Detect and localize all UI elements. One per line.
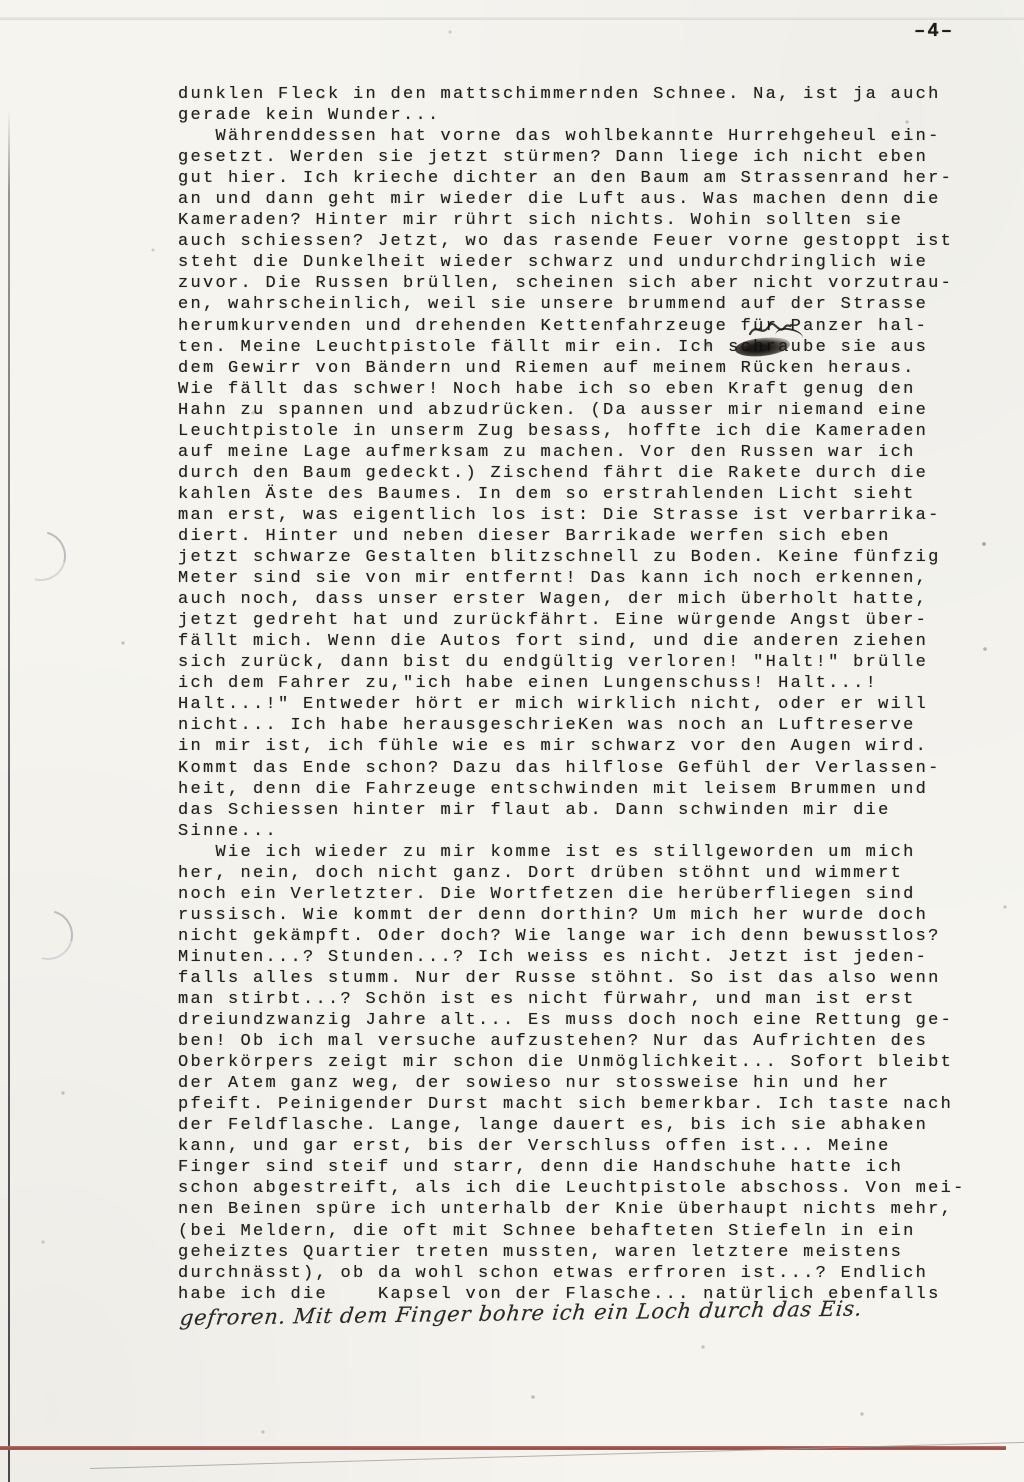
text-line: in mir ist, ich fühle wie es mir schwarz…: [178, 736, 996, 757]
hole-punch-bottom: [14, 901, 82, 969]
paper-speckles: [0, 0, 2, 2]
text-line: jetzt schwarze Gestalten blitzschnell zu…: [178, 547, 996, 568]
text-line: ben! Ob ich mal versuche aufzustehen? Nu…: [178, 1031, 996, 1052]
text-line: durchnässt), ob da wohl schon etwas erfr…: [178, 1263, 996, 1284]
scanned-page: –4– dunklen Fleck in den mattschimmernde…: [0, 0, 1024, 1482]
text-line: ten. Meine Leuchtpistole fällt mir ein. …: [178, 337, 996, 358]
text-line: Währenddessen hat vorne das wohlbekannte…: [178, 126, 996, 147]
text-line: dunklen Fleck in den mattschimmernden Sc…: [178, 84, 996, 105]
text-line: russisch. Wie kommt der denn dorthin? Um…: [178, 905, 996, 926]
text-line: her, nein, doch nicht ganz. Dort drüben …: [178, 863, 996, 884]
text-line: jetzt gedreht hat und zurückfährt. Eine …: [178, 610, 996, 631]
text-line: auch noch, dass unser erster Wagen, der …: [178, 589, 996, 610]
pen-squiggle-mark: [748, 318, 792, 342]
scan-edge-left: [8, 110, 10, 1482]
text-line: gut hier. Ich krieche dichter an den Bau…: [178, 168, 996, 189]
text-line: Wie ich wieder zu mir komme ist es still…: [178, 842, 996, 863]
text-line: Kameraden? Hinter mir rührt sich nichts.…: [178, 210, 996, 231]
text-line: Oberkörpers zeigt mir schon die Unmöglic…: [178, 1052, 996, 1073]
text-line: diert. Hinter und neben dieser Barrikade…: [178, 526, 996, 547]
text-line: falls alles stumm. Nur der Russe stöhnt.…: [178, 968, 996, 989]
text-line: kann, und gar erst, bis der Verschluss o…: [178, 1136, 996, 1157]
text-line: der Atem ganz weg, der sowieso nur stoss…: [178, 1073, 996, 1094]
text-line: auch schiessen? Jetzt, wo das rasende Fe…: [178, 231, 996, 252]
text-line: der Feldflasche. Lange, lange dauert es,…: [178, 1115, 996, 1136]
text-line: gerade kein Wunder...: [178, 105, 996, 126]
page-number: –4–: [914, 20, 954, 42]
typed-text-block: dunklen Fleck in den mattschimmernden Sc…: [178, 84, 996, 1305]
text-line: dem Gewirr von Bändern und Riemen auf me…: [178, 358, 996, 379]
text-line: (bei Meldern, die oft mit Schnee behafte…: [178, 1221, 996, 1242]
text-line: noch ein Verletzter. Die Wortfetzen die …: [178, 884, 996, 905]
text-line: fällt mich. Wenn die Autos fort sind, un…: [178, 631, 996, 652]
text-line: en, wahrscheinlich, weil sie unsere brum…: [178, 294, 996, 315]
scan-edge-top: [0, 17, 1024, 20]
text-line: Wie fällt das schwer! Noch habe ich so e…: [178, 379, 996, 400]
text-line: Kommt das Ende schon? Dazu das hilflose …: [178, 758, 996, 779]
text-line: Minuten...? Stunden...? Ich weiss es nic…: [178, 947, 996, 968]
text-line: schon abgestreift, als ich die Leuchtpis…: [178, 1178, 996, 1199]
text-line: Hahn zu spannen und abzudrücken. (Da aus…: [178, 400, 996, 421]
text-line: sich zurück, dann bist du endgültig verl…: [178, 652, 996, 673]
text-line: heit, denn die Fahrzeuge entschwinden mi…: [178, 779, 996, 800]
text-line: Sinne...: [178, 821, 996, 842]
text-line: Halt...!" Entweder hört er mich wirklich…: [178, 694, 996, 715]
text-line: man stirbt...? Schön ist es nicht fürwah…: [178, 989, 996, 1010]
text-line: kahlen Äste des Baumes. In dem so erstra…: [178, 484, 996, 505]
text-line: nicht... Ich habe herausgeschrieKen was …: [178, 715, 996, 736]
text-line: zuvor. Die Russen brüllen, scheinen sich…: [178, 273, 996, 294]
text-line: dreiundzwanzig Jahre alt... Es muss doch…: [178, 1010, 996, 1031]
text-line: pfeift. Peinigender Durst macht sich bem…: [178, 1094, 996, 1115]
text-line: man erst, was eigentlich los ist: Die St…: [178, 505, 996, 526]
text-line: Leuchtpistole in unserm Zug besass, hoff…: [178, 421, 996, 442]
text-line: herumkurvenden und drehenden Kettenfahrz…: [178, 316, 996, 337]
text-line: durch den Baum gedeckt.) Zischend fährt …: [178, 463, 996, 484]
text-line: nicht gekämpft. Oder doch? Wie lange war…: [178, 926, 996, 947]
text-line: ich dem Fahrer zu,"ich habe einen Lungen…: [178, 673, 996, 694]
text-line: gesetzt. Werden sie jetzt stürmen? Dann …: [178, 147, 996, 168]
hole-punch-top: [7, 522, 75, 590]
text-line: nen Beinen spüre ich unterhalb der Knie …: [178, 1199, 996, 1220]
text-line: steht die Dunkelheit wieder schwarz und …: [178, 252, 996, 273]
text-line: Finger sind steif und starr, denn die Ha…: [178, 1157, 996, 1178]
text-line: Meter sind sie von mir entfernt! Das kan…: [178, 568, 996, 589]
text-line: auf meine Lage aufmerksam zu machen. Vor…: [178, 442, 996, 463]
text-line: an und dann geht mir wieder die Luft aus…: [178, 189, 996, 210]
text-line: geheiztes Quartier treten mussten, waren…: [178, 1242, 996, 1263]
text-line: das Schiessen hinter mir flaut ab. Dann …: [178, 800, 996, 821]
